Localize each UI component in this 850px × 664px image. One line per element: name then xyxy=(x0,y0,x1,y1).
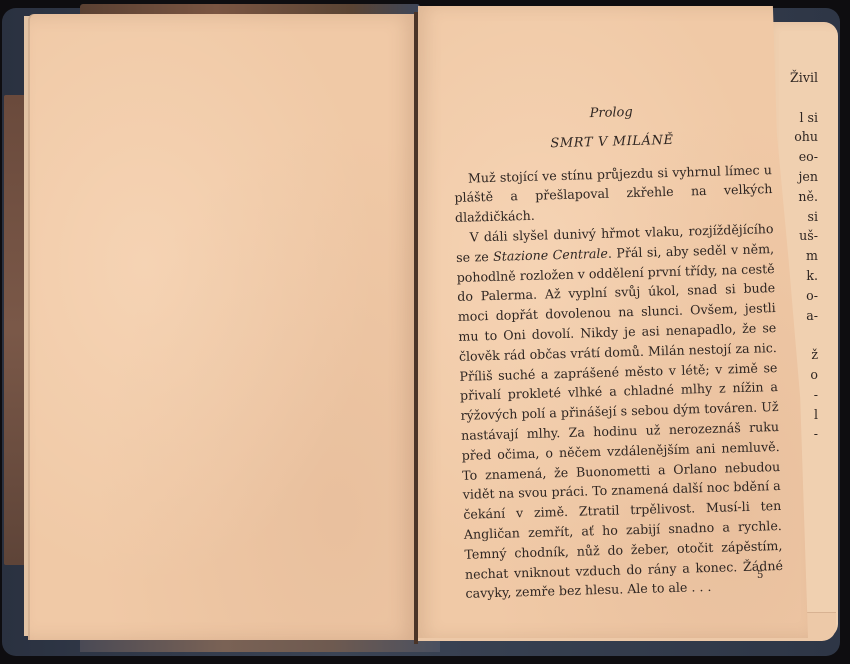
paragraph-1: Muž stojící ve stínu průjezdu si vyhrnul… xyxy=(454,160,774,228)
left-page-blank xyxy=(28,14,416,640)
fragment: Živil xyxy=(768,68,818,88)
page-text-block: Prolog SMRT V MILÁNĚ Muž stojící ve stín… xyxy=(452,99,784,604)
book-gutter xyxy=(414,12,418,644)
spine-leather xyxy=(4,95,26,565)
paragraph-2-rest: . Přál si, aby seděl v něm, pohodlně roz… xyxy=(457,241,784,601)
italic-station-name: Stazione Centrale xyxy=(493,245,608,263)
chapter-title: SMRT V MILÁNĚ xyxy=(453,128,771,157)
paragraph-2: V dáli slyšel dunivý hřmot vlaku, rozjíž… xyxy=(455,219,783,604)
page-number: 5 xyxy=(757,570,763,581)
cover-bottom-edge xyxy=(80,640,440,652)
